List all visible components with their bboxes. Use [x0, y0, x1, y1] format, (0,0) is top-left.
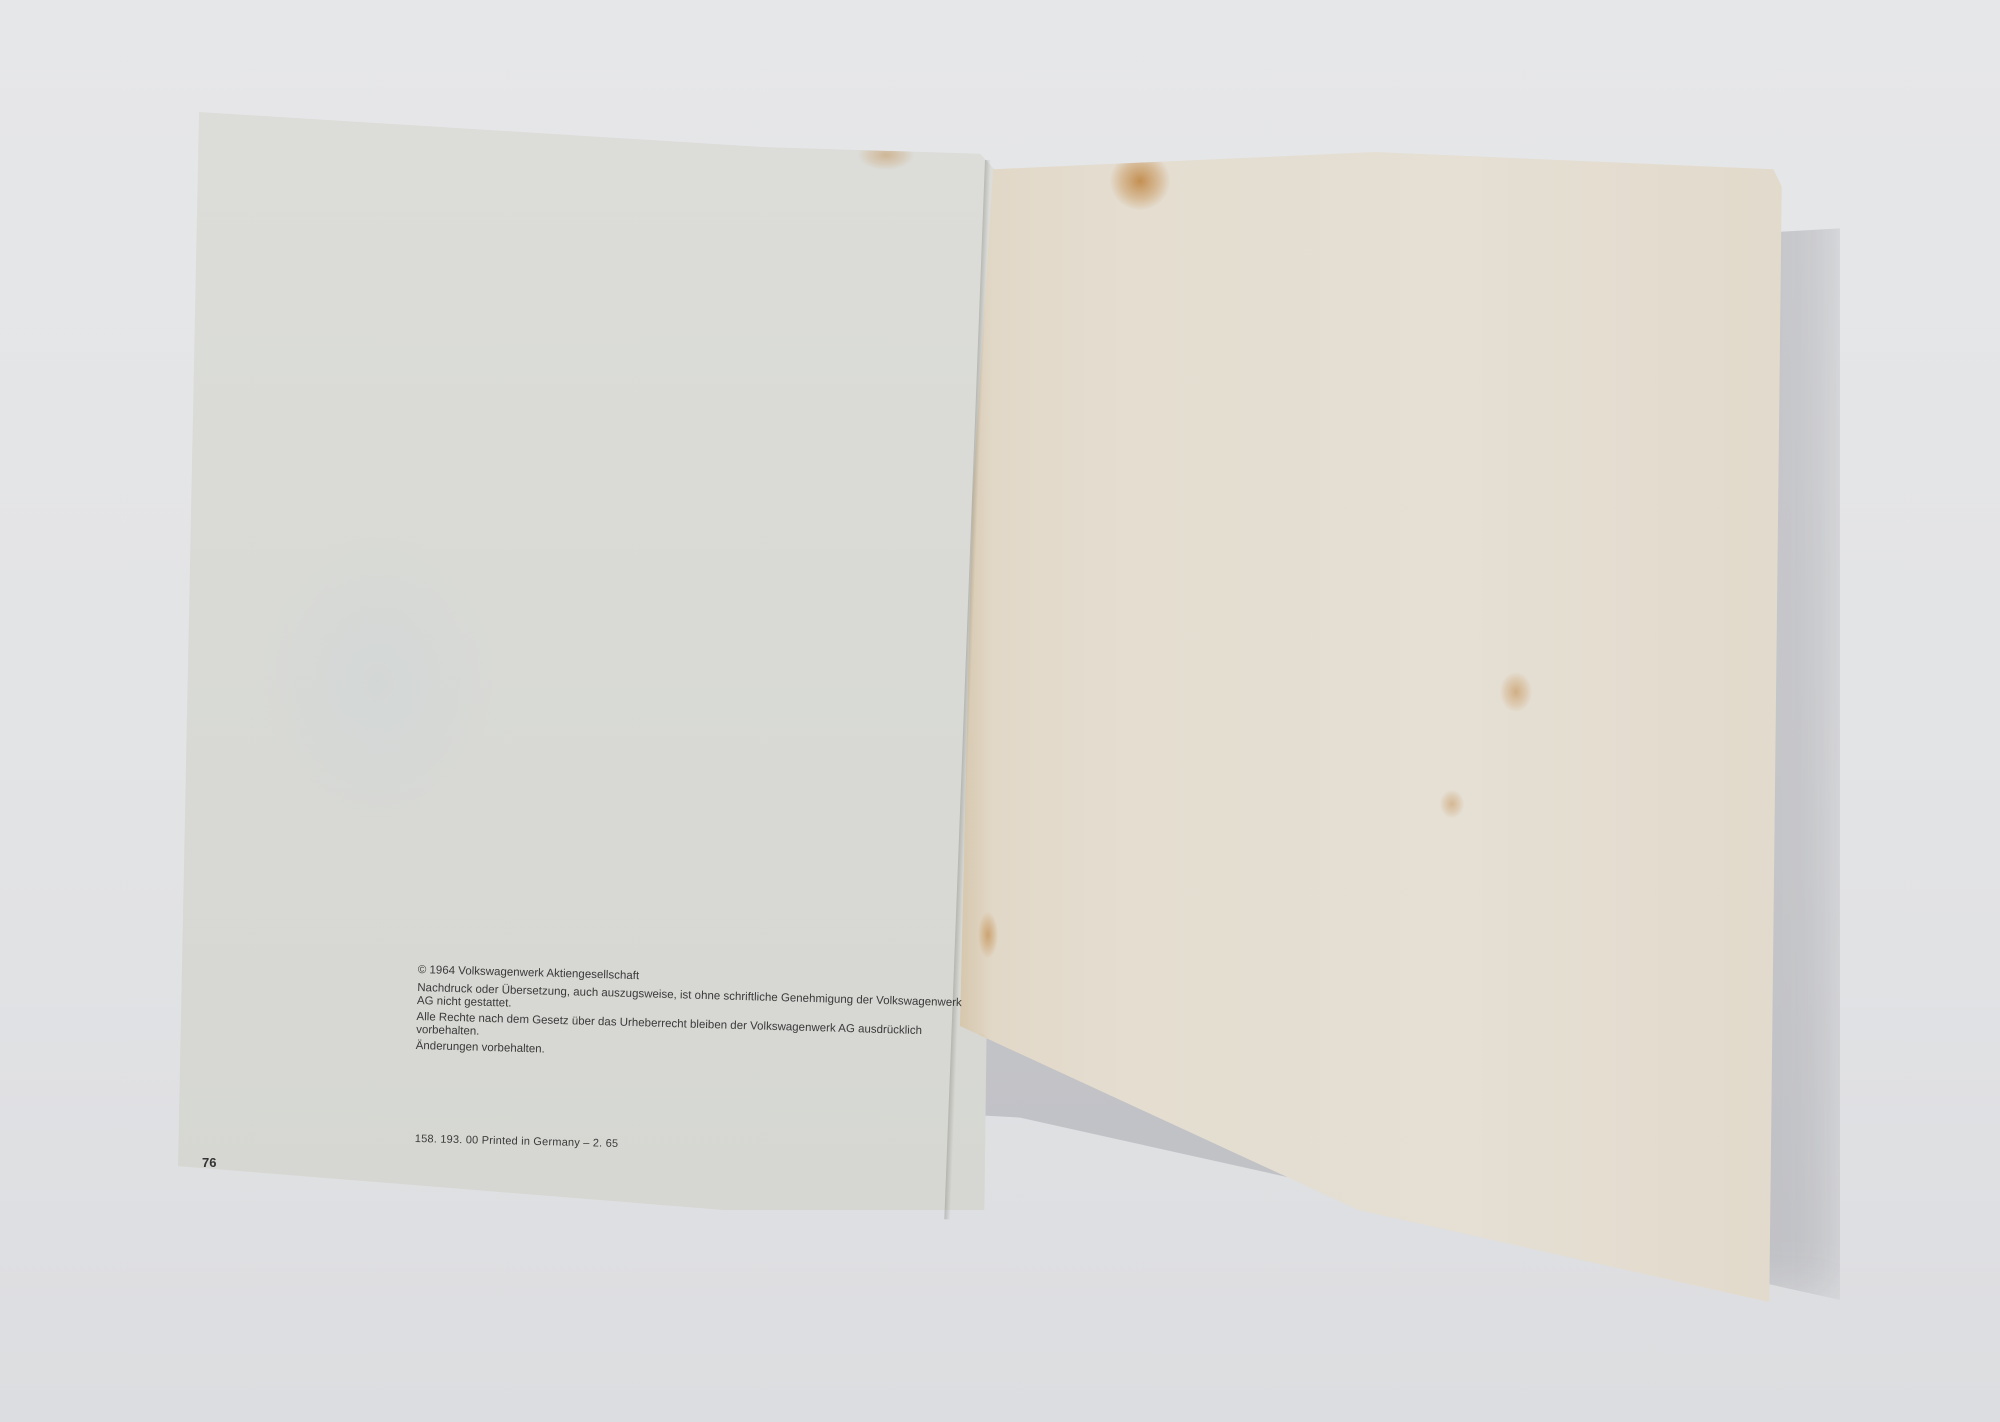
page-number: 76	[202, 1155, 216, 1170]
imprint-block: © 1964 Volkswagenwerk Aktiengesellschaft…	[415, 964, 977, 1072]
stain	[1440, 790, 1464, 818]
stain	[978, 912, 998, 958]
stain	[1500, 672, 1532, 712]
stain	[858, 140, 914, 170]
stain	[1110, 152, 1170, 210]
